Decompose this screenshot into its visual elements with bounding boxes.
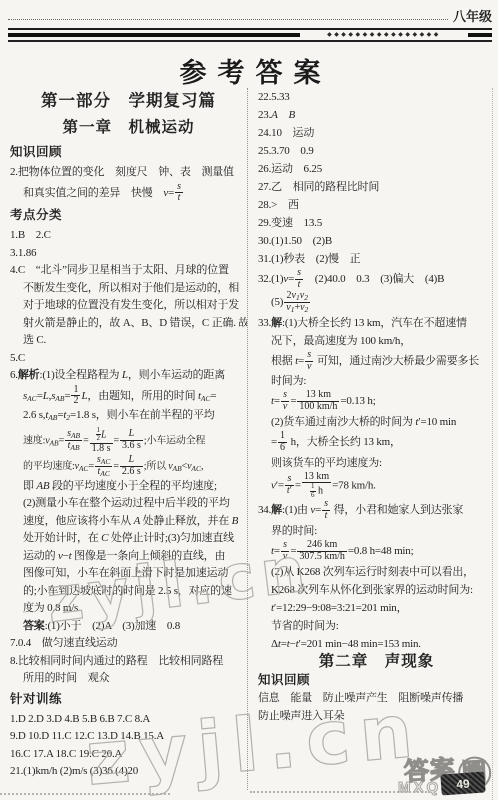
answer-line: (5)2v1v2v1+v2	[258, 291, 495, 314]
page-number-badge: 49	[440, 771, 485, 795]
answer-line: 速度，他应该将小车从 A 处静止释放，并在 B	[10, 513, 247, 531]
subsection-heading: 针对训练	[10, 688, 247, 711]
header-topline: 八年级	[8, 6, 492, 25]
answer-line: 30.(1)1.50 (2)B	[258, 232, 495, 250]
part-heading: 第一部分 学期复习篇	[10, 88, 247, 115]
answer-line: 5.C	[10, 350, 247, 368]
ornament-strip: ◆◆◆◆◆◆◆◆◆◆◆◆◆◆◆◆	[300, 32, 468, 38]
answer-line: 26.运动 6.25	[258, 160, 495, 178]
answer-line: 信息 能量 防止噪声产生 阻断噪声传播	[258, 689, 495, 707]
header-rule-decor: ◆◆◆◆◆◆◆◆◆◆◆◆◆◆◆◆	[8, 32, 492, 38]
page-header: 八年级 ◆◆◆◆◆◆◆◆◆◆◆◆◆◆◆◆ 参考答案	[8, 6, 492, 90]
answer-line: 的;小车到达坡底时的时间是 2.5 s，对应的速	[10, 583, 247, 601]
answer-line: 所用的时间 观众	[10, 670, 247, 688]
bottom-edge-line-right	[250, 791, 430, 793]
left-column: 第一部分 学期复习篇第一章 机械运动知识回顾2.把物体位置的变化 刻度尺 钟、表…	[10, 88, 247, 796]
answer-line: 23.A B	[258, 106, 495, 124]
answer-line: 32.(1)v=st (2)40.0 0.3 (3)偏大 (4)B	[258, 268, 495, 291]
header-rule-bottom	[8, 40, 492, 42]
answer-line: sAC=L,sAB=12L，由题知，所用的时间 tAC=	[10, 385, 247, 408]
chapter-heading: 第二章 声现象	[258, 653, 495, 671]
answer-line: Δt=t−t′=201 min−48 min=153 min.	[258, 635, 495, 653]
answer-line: 度为 0.8 m/s.	[10, 600, 247, 618]
bottom-edge-line-left	[0, 793, 170, 795]
answer-line: 的平均速度:vAC=sACtAC=L2.6 s;所以 vAB<vAC,	[10, 455, 247, 478]
answer-line: 33.解:(1)大桥全长约 13 km，汽车在不超速情	[258, 314, 495, 332]
answer-line: 根据 t=sv 可知，通过南沙大桥最少需要多长	[258, 350, 495, 373]
answer-line: 9.D 10.D 11.C 12.C 13.D 14.B 15.A	[10, 728, 247, 746]
answer-line: t=sv=246 km307.5 km/h=0.8 h=48 min;	[258, 540, 495, 563]
answer-line: (2)从 K268 次列车运行时刻表中可以看出，	[258, 563, 495, 581]
answer-line: 1.B 2.C	[10, 227, 247, 245]
answer-line: 图像可知，小车在斜面上滑下时是加速运动	[10, 565, 247, 583]
answer-line: 处开始计时，在 C 处停止计时;(3)匀加速直线	[10, 530, 247, 548]
answer-line: 节省的时间为:	[258, 617, 495, 635]
answer-line: 1.D 2.D 3.D 4.B 5.B 6.B 7.C 8.A	[10, 711, 247, 729]
answer-line: 24.10 运动	[258, 124, 495, 142]
answer-line: 射火箭是静止的，故 A、B、D 错误，C 正确. 故	[10, 315, 247, 333]
answer-line: 27.乙 相同的路程比时间	[258, 178, 495, 196]
answer-line: 界的时间:	[258, 522, 495, 540]
answer-line: 21.(1)km/h (2)m/s (3)36 (4)20	[10, 763, 247, 781]
page-title: 参考答案	[8, 51, 492, 90]
answer-line: 16.C 17.A 18.C 19.C 20.A	[10, 746, 247, 764]
subsection-heading: 考点分类	[10, 204, 247, 227]
answer-line: 况下，最高速度为 100 km/h，	[258, 332, 495, 350]
answer-line: 34.解:(1)由 v=st 得，小君和她家人到达张家	[258, 499, 495, 522]
chapter-heading: 第一章 机械运动	[10, 115, 247, 141]
rule-bar	[8, 33, 300, 37]
header-rule-top	[8, 28, 492, 30]
answer-line: t′=12:29−9:08=3:21=201 min，	[258, 599, 495, 617]
answer-line: 28.> 西	[258, 196, 495, 214]
answer-line: 29.变速 13.5	[258, 214, 495, 232]
grade-label: 八年级	[453, 6, 492, 25]
answer-line: 7.0.4 做匀速直线运动	[10, 635, 247, 653]
answer-line: (2)测量小车在整个运动过程中后半段的平均	[10, 495, 247, 513]
rule-bar	[468, 33, 492, 37]
answer-line: v′=st′=13 km16 h=78 km/h.	[258, 472, 495, 500]
answer-line: 速度:vAB=sABtAB=12L1.8 s=L3.6 s;小车运动全程	[10, 427, 247, 455]
answer-line: 6.解析:(1)设全程路程为 L，则小车运动的距离	[10, 367, 247, 385]
answer-line: 选 C.	[10, 332, 247, 350]
answer-line: 和真实值之间的差异 快慢 v=st	[10, 182, 247, 205]
subsection-heading: 知识回顾	[258, 671, 495, 689]
answer-line: 31.(1)秒表 (2)慢 正	[258, 250, 495, 268]
answer-line: t=sv=13 km100 km/h=0.13 h;	[258, 390, 495, 413]
answer-line: 运动的 v−t 图像是一条向上倾斜的直线，由	[10, 548, 247, 566]
answer-line: 时间为:	[258, 372, 495, 390]
column-divider	[247, 88, 248, 790]
answer-line: 不断发生变化，所以相对于他们是运动的，相	[10, 280, 247, 298]
right-column: 22.5.3323.A B24.10 运动25.3.70 0.926.运动 6.…	[258, 88, 495, 800]
dotted-leader-line	[8, 19, 448, 20]
answer-line: 8.比较相同时间内通过的路程 比较相同路程	[10, 653, 247, 671]
answer-line: 对于地球的位置没有发生变化，所以相对于发	[10, 297, 247, 315]
answer-line: 25.3.70 0.9	[258, 142, 495, 160]
answer-line: 4.C “北斗”同步卫星相当于太阳、月球的位置	[10, 262, 247, 280]
answer-line: (2)货车通过南沙大桥的时间为 t′=10 min	[258, 413, 495, 431]
answer-line: 22.5.33	[258, 88, 495, 106]
answer-line: 答案:(1)小于 (2)A (3)加速 0.8	[10, 618, 247, 636]
answer-line: 2.6 s,tAB=t2=1.8 s，则小车在前半程的平均	[10, 407, 247, 427]
answer-line: 2.把物体位置的变化 刻度尺 钟、表 测量值	[10, 164, 247, 182]
subsection-heading: 知识回顾	[10, 141, 247, 164]
answer-line: =16 h，大桥全长约 13 km，	[258, 431, 495, 454]
answer-line: 防止噪声进入耳朵	[258, 707, 495, 725]
answer-line: K268 次列车从怀化到张家界的运动时间为:	[258, 581, 495, 599]
answer-line: 3.1.86	[10, 245, 247, 263]
answer-line: 则该货车的平均速度为:	[258, 454, 495, 472]
answer-line: 即 AB 段的平均速度小于全程的平均速度;	[10, 478, 247, 496]
